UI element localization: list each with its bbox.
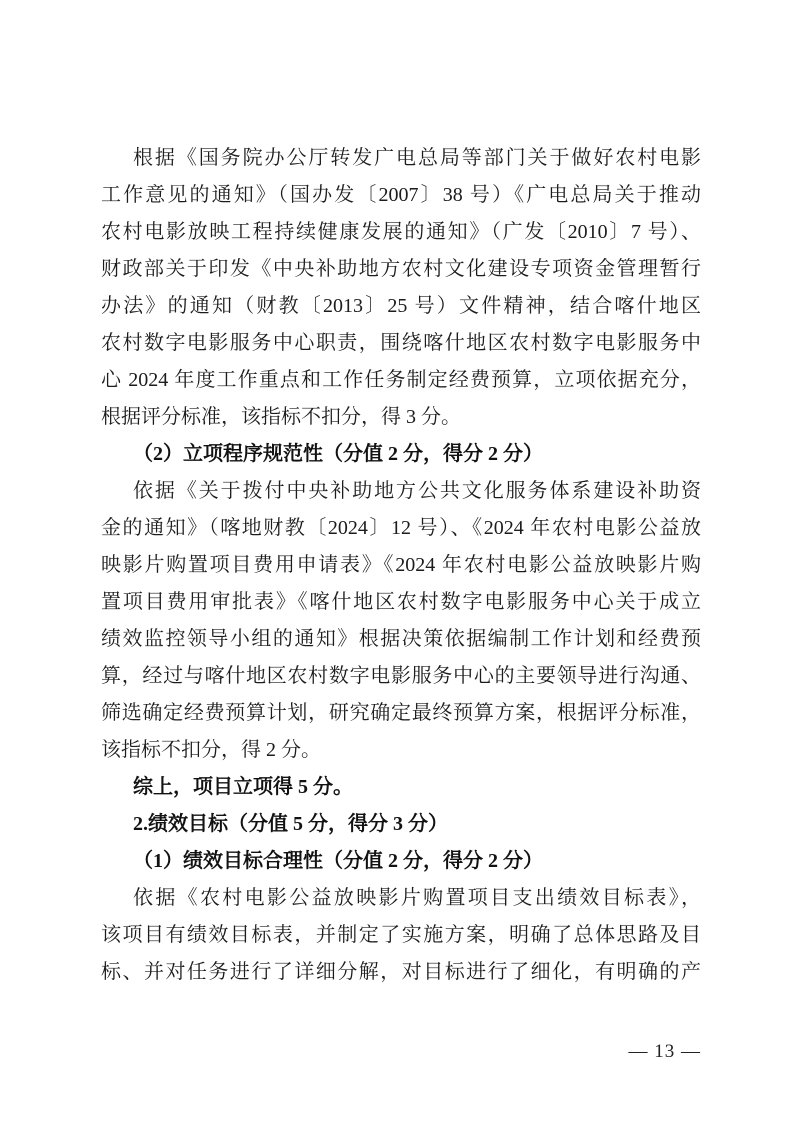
paragraph-line: 办法》的通知（财教〔2013〕25 号）文件精神，结合喀什地区 — [101, 288, 701, 325]
section-heading-line: 2.绩效目标（分值 5 分，得分 3 分） — [101, 806, 701, 843]
page-number: — 13 — — [0, 1040, 701, 1064]
paragraph-line: 农村数字电影服务中心职责，围绕喀什地区农村数字电影服务中 — [101, 325, 701, 362]
paragraph-line: 根据评分标准，该指标不扣分，得 3 分。 — [101, 399, 701, 436]
paragraph-line: 筛选确定经费预算计划，研究确定最终预算方案，根据评分标准， — [101, 695, 701, 732]
paragraph-line: 该指标不扣分，得 2 分。 — [101, 732, 701, 769]
document-body: 根据《国务院办公厅转发广电总局等部门关于做好农村电影工作意见的通知》（国办发〔2… — [101, 140, 701, 991]
paragraph-line: 绩效监控领导小组的通知》根据决策依据编制工作计划和经费预 — [101, 621, 701, 658]
paragraph-line: 置项目费用审批表》《喀什地区农村数字电影服务中心关于成立 — [101, 584, 701, 621]
section-heading-line: 综上，项目立项得 5 分。 — [101, 769, 701, 806]
paragraph-line: 工作意见的通知》（国办发〔2007〕38 号）《广电总局关于推动 — [101, 177, 701, 214]
section-heading-line: （2）立项程序规范性（分值 2 分，得分 2 分） — [101, 436, 701, 473]
paragraph-line: 标、并对任务进行了详细分解，对目标进行了细化，有明确的产 — [101, 954, 701, 991]
paragraph-line: 依据《农村电影公益放映影片购置项目支出绩效目标表》， — [101, 880, 701, 917]
document-page: 根据《国务院办公厅转发广电总局等部门关于做好农村电影工作意见的通知》（国办发〔2… — [0, 0, 793, 1122]
section-heading-line: （1）绩效目标合理性（分值 2 分，得分 2 分） — [101, 843, 701, 880]
paragraph-line: 心 2024 年度工作重点和工作任务制定经费预算，立项依据充分， — [101, 362, 701, 399]
paragraph-line: 映影片购置项目费用申请表》《2024 年农村电影公益放映影片购 — [101, 547, 701, 584]
paragraph-line: 金的通知》（喀地财教〔2024〕12 号）、《2024 年农村电影公益放 — [101, 510, 701, 547]
paragraph-line: 根据《国务院办公厅转发广电总局等部门关于做好农村电影 — [101, 140, 701, 177]
paragraph-line: 农村电影放映工程持续健康发展的通知》（广发〔2010〕7 号）、 — [101, 214, 701, 251]
paragraph-line: 该项目有绩效目标表，并制定了实施方案，明确了总体思路及目 — [101, 917, 701, 954]
paragraph-line: 算，经过与喀什地区农村数字电影服务中心的主要领导进行沟通、 — [101, 658, 701, 695]
paragraph-line: 依据《关于拨付中央补助地方公共文化服务体系建设补助资 — [101, 473, 701, 510]
paragraph-line: 财政部关于印发《中央补助地方农村文化建设专项资金管理暂行 — [101, 251, 701, 288]
